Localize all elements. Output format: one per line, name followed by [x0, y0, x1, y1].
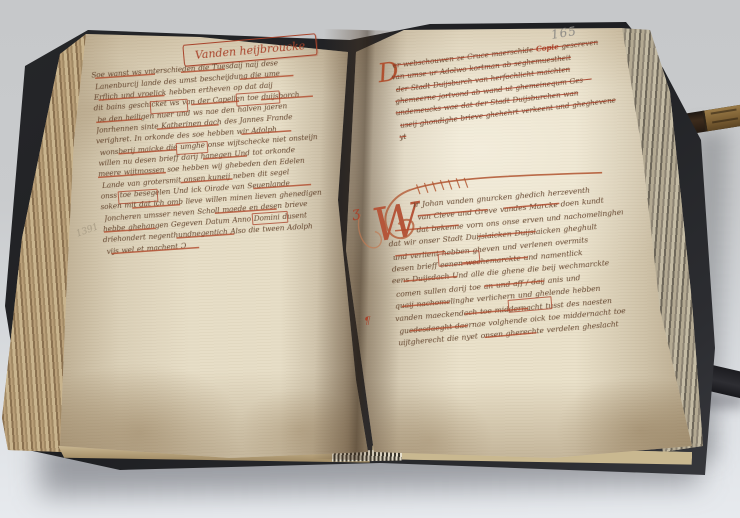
paragraph-mark: ¶ [364, 316, 370, 327]
brass-clasp-fitting [702, 105, 740, 132]
left-page-text-block: Soe wanst ws vnterschieden die Tuesdaij … [92, 53, 354, 257]
main-paragraph: ir Johan vanden gnurcken ghedich herzeve… [386, 182, 633, 351]
photo-scene: Vanden heijbroucke Soe wanst ws vntersch… [0, 0, 740, 518]
copie-rubric: Copie [535, 42, 559, 54]
